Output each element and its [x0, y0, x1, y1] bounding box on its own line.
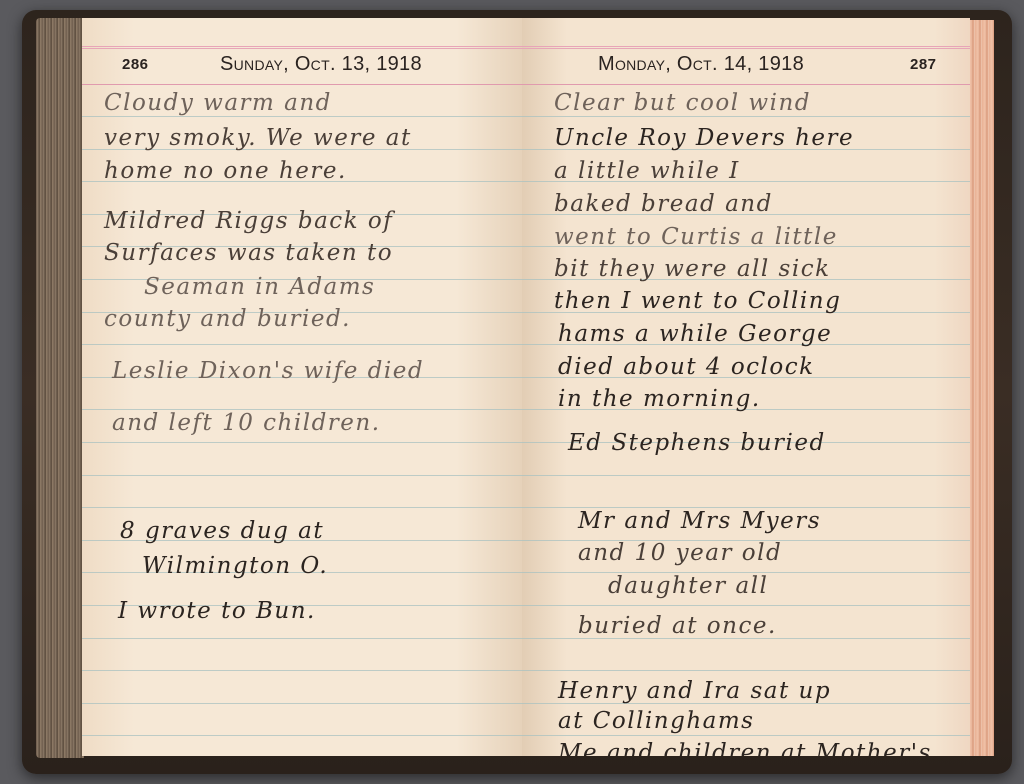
ruled-line	[522, 475, 970, 476]
ruled-line	[82, 735, 522, 736]
page-edges-right	[968, 20, 994, 756]
handwritten-line: bit they were all sick	[554, 256, 831, 282]
left-page-header: 286 Sunday, Oct. 13, 1918	[82, 46, 522, 82]
ruled-line	[82, 442, 522, 443]
page-date: Sunday, Oct. 13, 1918	[220, 53, 422, 76]
handwritten-line: hams a while George	[558, 321, 832, 347]
handwritten-line: Clear but cool wind	[554, 90, 811, 116]
handwritten-line: Me and children at Mother's	[558, 740, 932, 756]
ruled-line	[82, 670, 522, 671]
right-page-header: Monday, Oct. 14, 1918 287	[522, 46, 970, 82]
handwritten-line: daughter all	[608, 573, 768, 599]
header-rule-bottom	[82, 84, 522, 85]
handwritten-line: Henry and Ira sat up	[558, 678, 831, 704]
handwritten-line: very smoky. We were at	[104, 125, 412, 151]
handwritten-line: Leslie Dixon's wife died	[112, 358, 424, 384]
ruled-line	[82, 703, 522, 704]
handwritten-line: Seaman in Adams	[144, 274, 375, 300]
handwritten-line: and left 10 children.	[112, 410, 381, 436]
handwritten-line: died about 4 oclock	[558, 354, 815, 380]
header-rule-bottom	[522, 84, 970, 85]
ruled-line	[82, 475, 522, 476]
ruled-line	[82, 638, 522, 639]
handwritten-line: went to Curtis a little	[554, 224, 838, 250]
handwritten-line: and 10 year old	[578, 540, 782, 566]
ruled-line	[522, 670, 970, 671]
handwritten-line: then I went to Colling	[554, 288, 841, 314]
ruled-line	[522, 735, 970, 736]
page-number: 286	[122, 56, 149, 73]
handwritten-line: Cloudy warm and	[104, 90, 332, 116]
handwritten-line: Mildred Riggs back of	[104, 208, 393, 234]
left-page: 286 Sunday, Oct. 13, 1918 Cloudy warm an…	[82, 18, 522, 756]
handwritten-line: home no one here.	[104, 158, 347, 184]
handwritten-line: Mr and Mrs Myers	[578, 508, 821, 534]
handwritten-line: 8 graves dug at	[120, 518, 324, 544]
handwritten-line: baked bread and	[554, 191, 773, 217]
handwritten-line: Ed Stephens buried	[568, 430, 826, 456]
handwritten-line: a little while I	[554, 158, 740, 184]
right-page: Monday, Oct. 14, 1918 287 Clear but cool…	[522, 18, 970, 756]
page-number: 287	[910, 56, 937, 73]
handwritten-line: Uncle Roy Devers here	[554, 125, 854, 151]
handwritten-line: buried at once.	[578, 613, 777, 639]
page-edges-left	[36, 18, 84, 758]
handwritten-line: at Collinghams	[558, 708, 754, 734]
handwritten-line: county and buried.	[104, 306, 351, 332]
ruled-line	[522, 116, 970, 117]
handwritten-line: I wrote to Bun.	[118, 598, 316, 624]
ruled-line	[82, 116, 522, 117]
ruled-line	[82, 507, 522, 508]
ruled-line	[522, 605, 970, 606]
handwritten-line: Wilmington O.	[142, 553, 328, 579]
handwritten-line: Surfaces was taken to	[104, 240, 393, 266]
page-date: Monday, Oct. 14, 1918	[598, 53, 804, 76]
handwritten-line: in the morning.	[558, 386, 761, 412]
ruled-line	[82, 344, 522, 345]
